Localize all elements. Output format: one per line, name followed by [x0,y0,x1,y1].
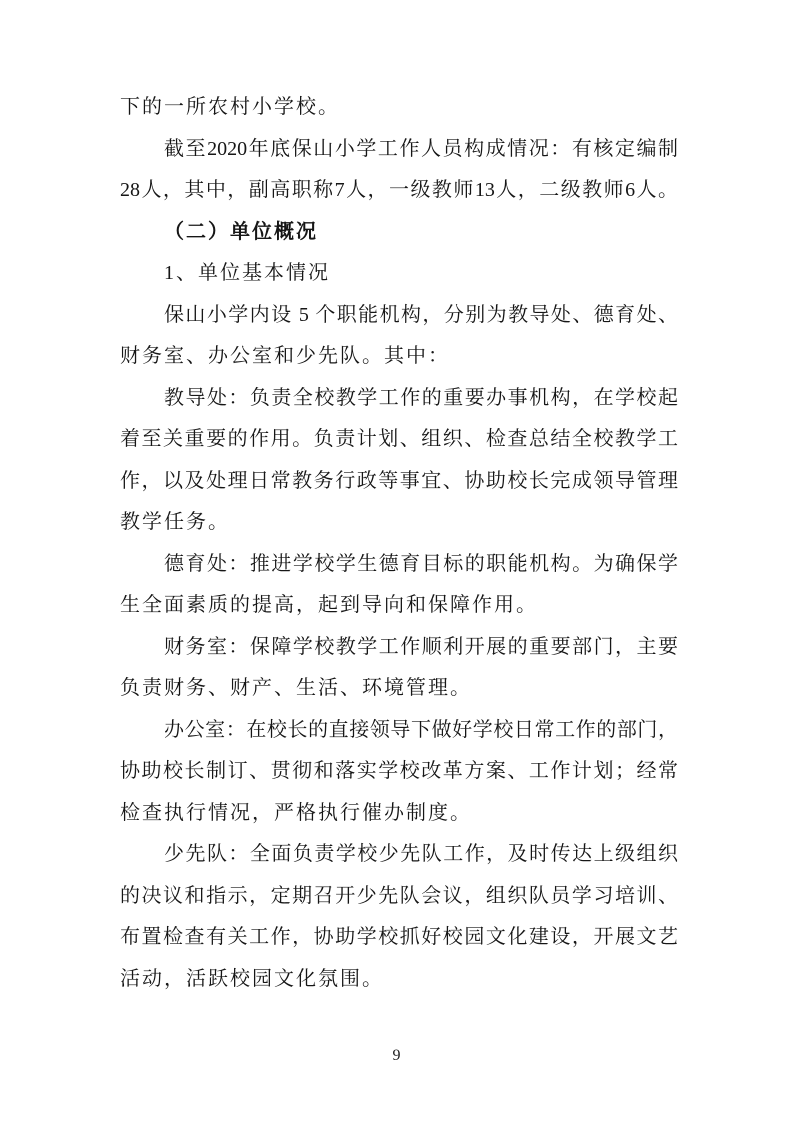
text-line: 保山小学内设 5 个职能机构，分别为教导处、德育处、 [120,295,678,337]
text-line: 教学任务。 [120,502,678,544]
text-line: 负责财务、财产、生活、环境管理。 [120,668,678,710]
text-line: 的决议和指示，定期召开少先队会议，组织队员学习培训、 [120,876,678,918]
section-heading: （二）单位概况 [120,212,678,254]
text-line: 着至关重要的作用。负责计划、组织、检查总结全校教学工 [120,419,678,461]
document-page: 下的一所农村小学校。 截至2020年底保山小学工作人员构成情况：有核定编制 28… [0,0,793,1122]
text-line: 财务室、办公室和少先队。其中： [120,336,678,378]
text-line: 检查执行情况，严格执行催办制度。 [120,793,678,835]
text-line: 作，以及处理日常教务行政等事宜、协助校长完成领导管理 [120,461,678,503]
text-line: 教导处：负责全校教学工作的重要办事机构，在学校起 [120,378,678,420]
text-line: 活动，活跃校园文化氛围。 [120,959,678,1001]
text-line: 布置检查有关工作，协助学校抓好校园文化建设，开展文艺 [120,917,678,959]
page-number: 9 [0,1044,793,1068]
text-line: 28人，其中，副高职称7人，一级教师13人，二级教师6人。 [120,170,678,212]
text-line: 财务室：保障学校教学工作顺利开展的重要部门，主要 [120,627,678,669]
text-line: 办公室：在校长的直接领导下做好学校日常工作的部门， [120,710,678,752]
text-line: 少先队：全面负责学校少先队工作，及时传达上级组织 [120,834,678,876]
text-line: 协助校长制订、贯彻和落实学校改革方案、工作计划；经常 [120,751,678,793]
text-line: 截至2020年底保山小学工作人员构成情况：有核定编制 [120,129,678,171]
text-line: 德育处：推进学校学生德育目标的职能机构。为确保学 [120,544,678,586]
text-line: 下的一所农村小学校。 [120,87,678,129]
subsection-heading: 1、单位基本情况 [120,253,678,295]
document-body: 下的一所农村小学校。 截至2020年底保山小学工作人员构成情况：有核定编制 28… [120,87,678,1000]
text-line: 生全面素质的提高，起到导向和保障作用。 [120,585,678,627]
